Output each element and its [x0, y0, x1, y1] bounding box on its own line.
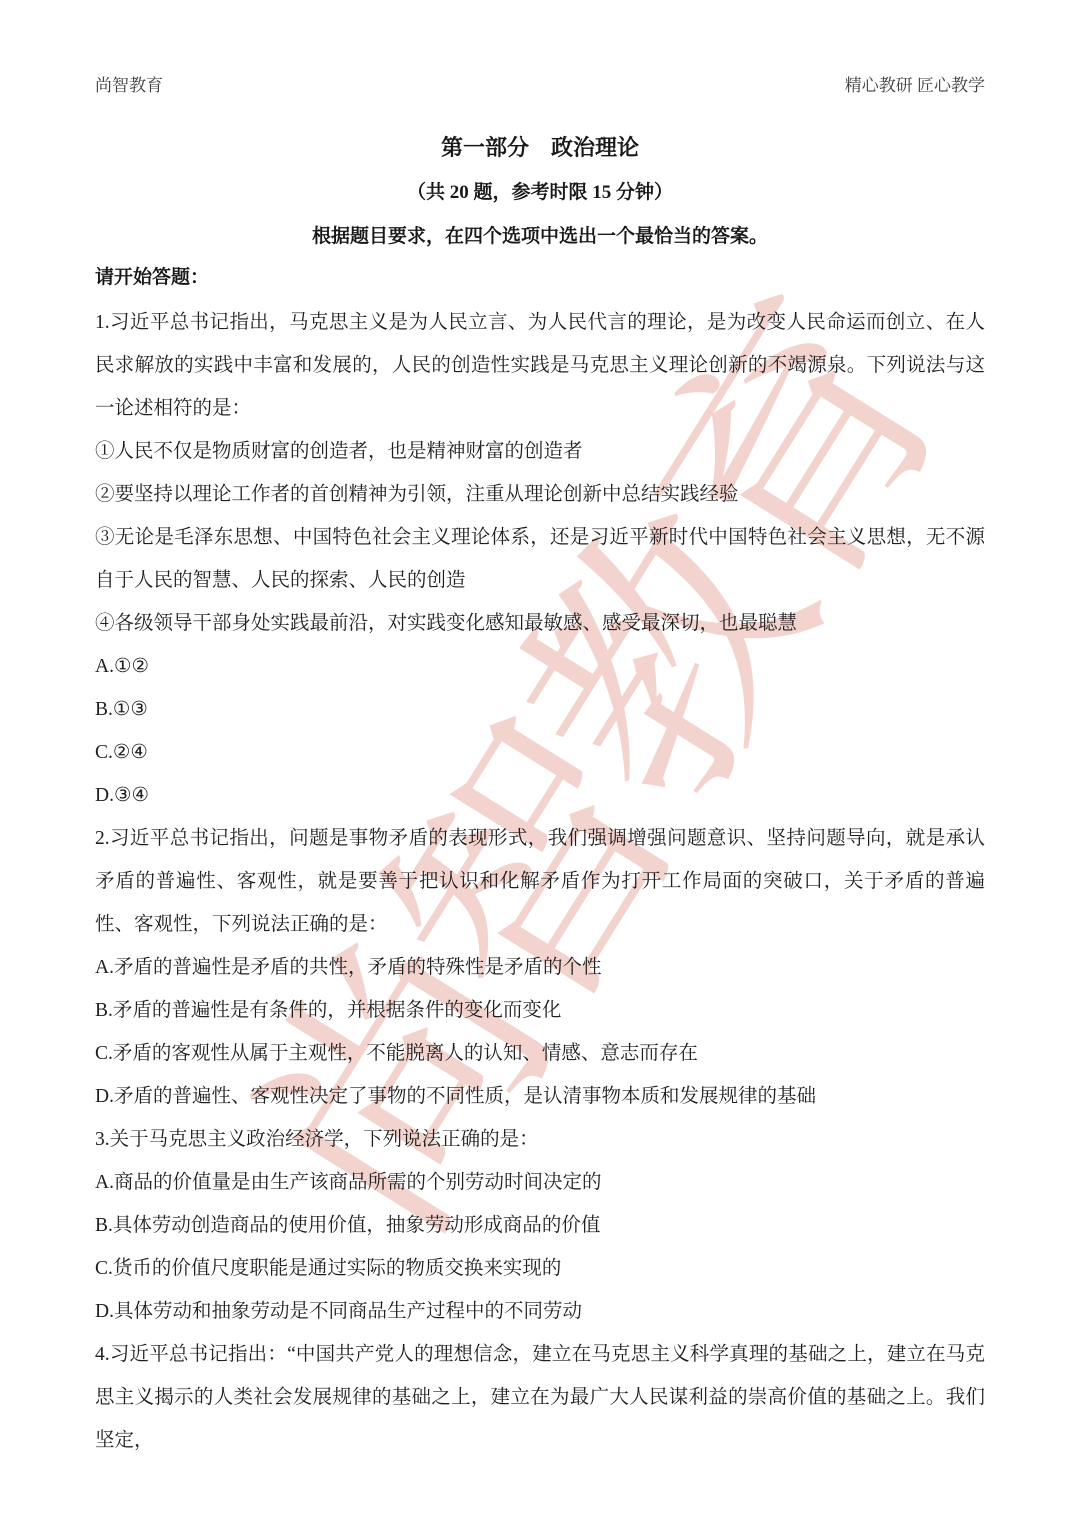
option-line: D.③④ [95, 774, 985, 817]
question-stem: 1.习近平总书记指出，马克思主义是为人民立言、为人民代言的理论，是为改变人民命运… [95, 301, 985, 430]
question-block-4: 4.习近平总书记指出：“中国共产党人的理想信念，建立在马克思主义科学真理的基础之… [95, 1333, 985, 1462]
statement-line: ③无论是毛泽东思想、中国特色社会主义理论体系，还是习近平新时代中国特色社会主义思… [95, 516, 985, 602]
question-stem: 4.习近平总书记指出：“中国共产党人的理想信念，建立在马克思主义科学真理的基础之… [95, 1333, 985, 1462]
document-page: 尚智教育 尚智教育 精心教研 匠心教学 第一部分 政治理论 （共 20 题，参考… [0, 0, 1080, 1528]
page-content: 尚智教育 精心教研 匠心教学 第一部分 政治理论 （共 20 题，参考时限 15… [0, 0, 1080, 1462]
option-line: C.矛盾的客观性从属于主观性，不能脱离人的认知、情感、意志而存在 [95, 1032, 985, 1075]
statement-line: ④各级领导干部身处实践最前沿，对实践变化感知最敏感、感受最深切，也最聪慧 [95, 602, 985, 645]
header-slogan: 精心教研 匠心教学 [845, 74, 985, 98]
option-line: A.商品的价值量是由生产该商品所需的个别劳动时间决定的 [95, 1161, 985, 1204]
begin-prompt: 请开始答题： [95, 263, 985, 293]
option-line: B.矛盾的普遍性是有条件的，并根据条件的变化而变化 [95, 989, 985, 1032]
question-stem: 3.关于马克思主义政治经济学，下列说法正确的是： [95, 1118, 985, 1161]
section-title: 第一部分 政治理论 [95, 133, 985, 163]
question-block-2: 2.习近平总书记指出，问题是事物矛盾的表现形式，我们强调增强问题意识、坚持问题导… [95, 817, 985, 1118]
option-line: A.矛盾的普遍性是矛盾的共性，矛盾的特殊性是矛盾的个性 [95, 946, 985, 989]
question-list: 1.习近平总书记指出，马克思主义是为人民立言、为人民代言的理论，是为改变人民命运… [95, 301, 985, 1462]
section-instruction: 根据题目要求，在四个选项中选出一个最恰当的答案。 [95, 222, 985, 252]
option-line: D.矛盾的普遍性、客观性决定了事物的不同性质，是认清事物本质和发展规律的基础 [95, 1075, 985, 1118]
section-meta: （共 20 题，参考时限 15 分钟） [95, 178, 985, 208]
statement-line: ①人民不仅是物质财富的创造者，也是精神财富的创造者 [95, 430, 985, 473]
document-header: 尚智教育 精心教研 匠心教学 [95, 0, 985, 98]
option-line: D.具体劳动和抽象劳动是不同商品生产过程中的不同劳动 [95, 1290, 985, 1333]
question-block-3: 3.关于马克思主义政治经济学，下列说法正确的是： A.商品的价值量是由生产该商品… [95, 1118, 985, 1333]
option-line: C.②④ [95, 731, 985, 774]
option-line: B.①③ [95, 688, 985, 731]
statement-line: ②要坚持以理论工作者的首创精神为引领，注重从理论创新中总结实践经验 [95, 473, 985, 516]
option-line: C.货币的价值尺度职能是通过实际的物质交换来实现的 [95, 1247, 985, 1290]
header-brand: 尚智教育 [95, 74, 163, 98]
option-line: A.①② [95, 645, 985, 688]
question-stem: 2.习近平总书记指出，问题是事物矛盾的表现形式，我们强调增强问题意识、坚持问题导… [95, 817, 985, 946]
question-block-1: 1.习近平总书记指出，马克思主义是为人民立言、为人民代言的理论，是为改变人民命运… [95, 301, 985, 817]
option-line: B.具体劳动创造商品的使用价值，抽象劳动形成商品的价值 [95, 1204, 985, 1247]
